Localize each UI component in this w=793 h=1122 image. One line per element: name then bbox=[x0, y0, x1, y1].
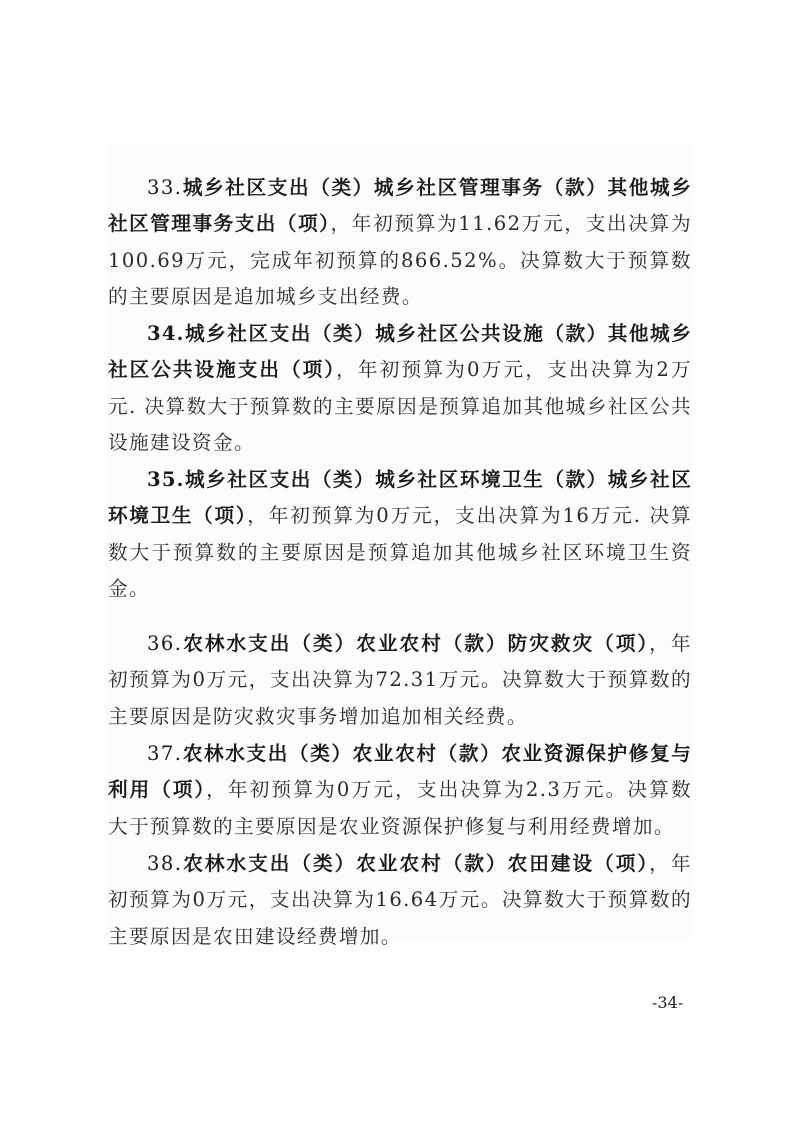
item-title: 农林水支出（类）农业农村（款）防灾救灾（项） bbox=[182, 632, 649, 655]
paragraph-item-37: 37.农林水支出（类）农业农村（款）农业资源保护修复与利用（项），年初预算为0万… bbox=[108, 736, 692, 846]
paragraph-item-38: 38.农林水支出（类）农业农村（款）农田建设（项），年初预算为0万元，支出决算为… bbox=[108, 846, 692, 956]
paragraph-item-33: 33.城乡社区支出（类）城乡社区管理事务（款）其他城乡社区管理事务支出（项），年… bbox=[108, 170, 692, 316]
item-number: 35. bbox=[147, 468, 185, 491]
paragraph-item-34: 34.城乡社区支出（类）城乡社区公共设施（款）其他城乡社区公共设施支出（项），年… bbox=[108, 316, 692, 462]
item-number: 36. bbox=[147, 632, 182, 655]
page-number: -34- bbox=[652, 993, 683, 1012]
item-number: 33. bbox=[147, 176, 182, 199]
item-number: 34. bbox=[147, 322, 185, 345]
paragraph-item-35: 35.城乡社区支出（类）城乡社区环境卫生（款）城乡社区环境卫生（项），年初预算为… bbox=[108, 462, 692, 608]
item-title: 农林水支出（类）农业农村（款）农田建设（项） bbox=[182, 852, 649, 875]
paragraph-item-36: 36.农林水支出（类）农业农村（款）防灾救灾（项），年初预算为0万元，支出决算为… bbox=[108, 626, 692, 736]
item-number: 38. bbox=[147, 852, 182, 875]
item-number: 37. bbox=[147, 742, 182, 765]
